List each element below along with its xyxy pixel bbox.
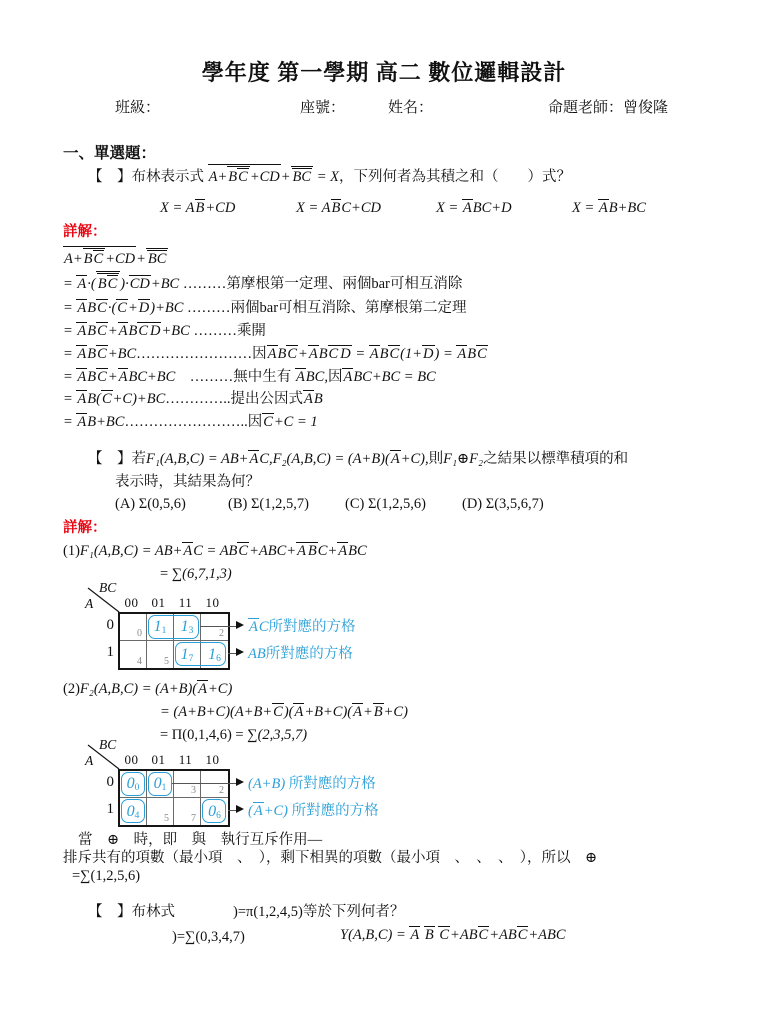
kmap-col-header: 11 [172, 595, 199, 611]
kmap-cell: 0 [120, 614, 147, 641]
kmap-cell: 5 [147, 798, 174, 825]
kmap-row-label: 0 [100, 769, 114, 796]
q2-f1-line: (1)F₁(A,B,C) = AB+AC = ABC+ABC+ABC+ABC [63, 540, 367, 562]
kmap-cell-index: 4 [137, 656, 142, 667]
kmap-legend-label: (A+B) 所對應的方格 [248, 772, 376, 793]
q1-option-d: X = AB+BC [572, 197, 646, 219]
q3-sum: )=∑(0,3,4,7) [172, 926, 245, 948]
teacher-label: 命題老師：曾俊隆 [548, 96, 668, 117]
kmap-cell-index: 5 [164, 656, 169, 667]
kmap-arrow-head-icon [236, 621, 244, 629]
kmap-cell-index: 3 [191, 785, 196, 796]
kmap-cell: 4 [120, 641, 147, 668]
section-heading: 一、單選題： [63, 141, 156, 163]
kmap-arrow-head-icon [236, 648, 244, 656]
kmap-cell: 2 [201, 614, 228, 641]
kmap-cell-index: 7 [191, 813, 196, 824]
kmap-arrow-line [228, 810, 236, 811]
q1-step-7: = AB+BC……………………..因C+C = 1 [63, 411, 318, 433]
kmap-group-box [148, 615, 199, 639]
q2-f2-line2: = (A+B+C)(A+B+C)(A+B+C)(A+B+C) [160, 701, 408, 723]
q1-step-5: = ABC+ABC+BC ………無中生有 ABC,因ABC+BC = BC [63, 366, 436, 388]
q2-option-a: (A) Σ(0,5,6) [115, 493, 186, 515]
kmap-top-label: BC [99, 580, 116, 596]
q1-solution-expr: A+BC+CD+BC [63, 246, 168, 270]
q2-f1-sum: = ∑(6,7,1,3) [160, 563, 232, 585]
kmap-row-label: 0 [100, 612, 114, 639]
q2-xor-result: =∑(1,2,5,6) [72, 865, 140, 887]
kmap-legend-label: AC所對應的方格 [248, 615, 356, 636]
q1-solution-label: 詳解： [63, 221, 107, 243]
kmap-group-box [121, 799, 145, 823]
kmap-cell-index: 2 [219, 628, 224, 639]
q1-step-3: = ABC+ABCD+BC ………乘開 [63, 320, 266, 342]
kmap-arrow-head-icon [236, 805, 244, 813]
kmap-arrow-head-icon [236, 778, 244, 786]
q1-step-1: = A·(BC)·CD+BC ………第摩根第一定理、兩個bar可相互消除 [63, 271, 462, 295]
q1-option-c: X = ABC+D [436, 197, 512, 219]
kmap-left-label: A [85, 596, 93, 612]
kmap-legend-label: (A+C) 所對應的方格 [248, 799, 379, 820]
kmap-figure-2: BCA0001111001000132045706(A+B) 所對應的方格(A+… [84, 743, 724, 835]
kmap-cell-index: 0 [137, 628, 142, 639]
kmap-group-box [202, 799, 226, 823]
kmap-top-label: BC [99, 737, 116, 753]
class-field-label: 班級： [115, 96, 160, 117]
q2-option-b: (B) Σ(1,2,5,7) [228, 493, 309, 515]
seat-field-label: 座號： [300, 96, 345, 117]
q2-solution-label: 詳解： [63, 517, 107, 539]
kmap-col-header: 11 [172, 752, 199, 768]
q1-option-b: X = ABC+CD [296, 197, 381, 219]
q1-text: 【 】布林表示式 A+BC+CD+BC = X，下列何者為其積之和（ ）式？ [88, 164, 571, 188]
q1-option-a: X = AB+CD [160, 197, 235, 219]
kmap-col-header: 00 [118, 595, 145, 611]
kmap-cell-index: 2 [219, 785, 224, 796]
kmap-col-header: 01 [145, 752, 172, 768]
kmap-row-label: 1 [100, 639, 114, 666]
kmap-cell: 3 [174, 771, 201, 798]
kmap-group-box [148, 772, 172, 796]
kmap-col-header: 01 [145, 595, 172, 611]
kmap-cell: 7 [174, 798, 201, 825]
q1-step-4: = ABC+BC……………………因ABC+ABCD = ABC(1+D) = A… [63, 343, 488, 365]
q2-option-c: (C) Σ(1,2,5,6) [345, 493, 426, 515]
q2-xor-note-line2: 排斥共有的項數（最小項 、 ），剩下相異的項數（最小項 、 、 、 ），所以 ⊕ [63, 847, 597, 869]
kmap-col-header: 00 [118, 752, 145, 768]
kmap-arrow-line [228, 653, 236, 654]
kmap-cell: 5 [147, 641, 174, 668]
kmap-left-label: A [85, 753, 93, 769]
exam-page: 學年度 第一學期 高二 數位邏輯設計 班級： 座號： 姓名： 命題老師：曾俊隆 … [0, 0, 768, 1024]
kmap-cell-index: 5 [164, 813, 169, 824]
q1-step-6: = AB(C+C)+BC…………..提出公因式AB [63, 388, 323, 410]
kmap-group-box [175, 642, 226, 666]
kmap-col-header: 10 [199, 752, 226, 768]
q2-text-line2: 表示時，其結果為何？ [115, 471, 260, 493]
kmap-arrow-line [172, 783, 236, 784]
kmap-figure-1: BCA0001111001011132451716AC所對應的方格AB所對應的方… [84, 586, 724, 678]
q1-step-2: = ABC·(C+D)+BC ………兩個bar可相互消除、第摩根第二定理 [63, 297, 467, 319]
q3-text: 【 】布林式 )=π(1,2,4,5)等於下列何者？ [88, 901, 404, 923]
name-field-label: 姓名： [388, 96, 433, 117]
kmap-legend-label: AB所對應的方格 [248, 642, 353, 663]
q3-y-expression: Y(A,B,C) = A B C+ABC+ABC+ABC [340, 924, 566, 946]
kmap-group-box [121, 772, 145, 796]
kmap-col-header: 10 [199, 595, 226, 611]
q2-f2-line1: (2)F₂(A,B,C) = (A+B)(A+C) [63, 678, 232, 700]
q2-text-line1: 【 】若F₁(A,B,C) = AB+AC,F₂(A,B,C) = (A+B)(… [88, 448, 628, 470]
kmap-cell: 2 [201, 771, 228, 798]
q2-option-d: (D) Σ(3,5,6,7) [462, 493, 544, 515]
kmap-row-label: 1 [100, 796, 114, 823]
kmap-arrow-line [200, 626, 236, 627]
page-title: 學年度 第一學期 高二 數位邏輯設計 [0, 56, 768, 87]
